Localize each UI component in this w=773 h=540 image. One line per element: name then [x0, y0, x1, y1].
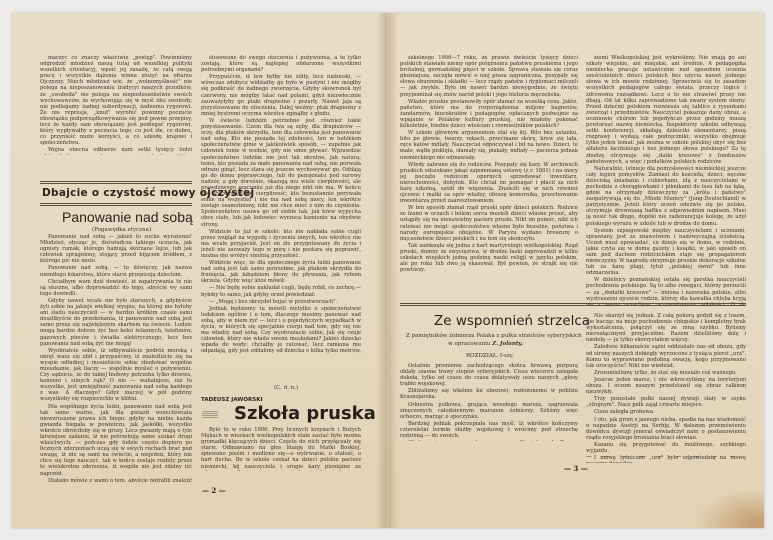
paragraph: Przypuśćcie, iż lew byłby nie żółty, lec…: [201, 74, 361, 117]
paragraph: System szpiegowski między nauczycielami …: [586, 228, 746, 277]
article1-col2: stosowane do swego otoczenia i pożywieni…: [201, 55, 361, 353]
paragraph: Obok mnie maszerował w szeregu Stanisław…: [400, 440, 578, 441]
paper-stain: [694, 488, 764, 528]
right-col1-top: szkolnego 1906—7 roku, że prawie dwieści…: [400, 55, 578, 273]
paragraph: stosowane do swego otoczenia i pożywieni…: [201, 55, 361, 73]
paragraph: Dla wspólnego życia ludzi, panowanie nad…: [40, 404, 192, 477]
article-title-panowanie: Panowanie nad sobą: [62, 209, 193, 225]
stamp-mark: [202, 411, 218, 419]
article1-col1: Panowanie nad sobą — jakież to suche wyr…: [40, 234, 192, 482]
article-subtitle: Z pamiętników żołnierza Polaka z pułku s…: [406, 333, 582, 339]
paragraph: Nie skarżył się jednak. Z całą pokorą go…: [586, 313, 746, 343]
article-title-ze-wspomnien: Ze wspomnień strzelca: [434, 313, 590, 329]
paragraph: W dzielnicy poznańskiej ostała się garst…: [586, 277, 746, 305]
article3-col1: Ostatnie promienie zachodzącego słońca k…: [400, 363, 578, 441]
right-col2-top: ziemi Wielkopolskiej jest wykreślony. Ni…: [586, 55, 746, 305]
article3-col2: Nie skarżył się jednak. Z całą pokorą go…: [586, 313, 746, 463]
section-rule: [40, 203, 192, 206]
paragraph: Panowanie nad sobą — jakież to suche wyr…: [40, 234, 192, 264]
paragraph: W świecie ludzkim potrzebne jest również…: [201, 118, 361, 228]
paragraph: Jeszcze jeden marsz, i oto wkroczyliśmy …: [586, 377, 746, 395]
paragraph: Wojna obecna odbierze nam setki tysięcy …: [40, 147, 192, 155]
paragraph: Panowanie nad sobą, — to dźwięczy, jak n…: [40, 265, 192, 277]
paragraph: — Nie będę sobie nakładał cugli, będę ro…: [201, 285, 361, 297]
article-subtitle-credit: w opracowaniu Z. Jolanty.: [448, 341, 523, 347]
paragraph: Bardziej jednak pokrzepiała nas myśl, iż…: [400, 421, 578, 439]
paragraph: Tak zamknęła się jedna z kart martyrolog…: [400, 243, 578, 273]
paragraph: Dlatego mówię z wami o tem, abyście potr…: [40, 478, 192, 482]
section-rule: [400, 303, 746, 306]
paragraph: W ten sposób złamał rząd pruski opór dzi…: [400, 205, 578, 242]
paragraph: Trzy pozostałe pułki naszej dywizji stał…: [586, 396, 746, 408]
paragraph: Wtedy zabrano się do rodziców. Posypały …: [400, 162, 578, 205]
paragraph: szkolnego 1906—7 roku, że prawie dwieści…: [400, 55, 578, 98]
paragraph: ziemi Wielkopolskiej jest wykreślony. Ni…: [586, 55, 746, 165]
end-dashes: — — — — — — — — —: [586, 453, 740, 460]
page-number-left: — 2 —: [202, 486, 226, 495]
continued-note: (C. d. n.): [274, 385, 298, 391]
paragraph: maczyć co znaczy właściwie „postęp". Pow…: [40, 55, 192, 146]
paragraph: Gdyby nawet wcale nie było starszych, a …: [40, 298, 192, 347]
paragraph: Orkiestra pułkowa, grająca wesołego mars…: [400, 402, 578, 420]
left-page: maczyć co znaczy właściwie „postęp". Pow…: [12, 13, 387, 528]
paragraph: Chciałbym wam dziś dowieść, iż zapatrywa…: [40, 279, 192, 297]
paragraph: Naturalnie, istnieje dla pomysłowości ni…: [586, 166, 746, 227]
paragraph: Zbliżaliśmy się właśnie ku obozowi, rozł…: [400, 388, 578, 400]
paragraph: — „Mogę i bez skrzydeł bujać w przestwor…: [201, 299, 361, 305]
article-subtitle: (Pogawędka etyczna).: [92, 227, 153, 233]
paragraph: Cisza zaległa grobowa.: [586, 409, 746, 415]
paragraph: Władze pruskie postanowiły opór złamać z…: [400, 99, 578, 129]
newspaper-spread: maczyć co znaczy właściwie „postęp". Pow…: [12, 13, 764, 528]
paragraph: W szkole głównym argumentem stał się kij…: [400, 130, 578, 160]
paragraph: Wyobraźcie sobie, iż odbywaliście podróż…: [40, 348, 192, 403]
credit-prefix: w opracowaniu: [448, 341, 490, 347]
paragraph: Widzicie to już w szkole: kto nie nakład…: [201, 229, 361, 259]
left-col1-top: maczyć co znaczy właściwie „postęp". Pow…: [40, 55, 192, 155]
paragraph: Zaledwie kilkanaście sążni oddzielało na…: [586, 344, 746, 368]
paragraph: Ostatnie promienie zachodzącego słońca k…: [400, 363, 578, 387]
chapter-heading: ROZDZIAŁ. I-szy.: [466, 353, 514, 359]
paragraph: Zrozumieliśmy tylko, że stać się musiało…: [586, 370, 746, 376]
paragraph: Jednak będziemy tu mówili nietylko o spo…: [201, 306, 361, 353]
article-title-szkola-pruska: Szkoła pruska: [234, 403, 376, 424]
paragraph: Widzicie więc, że dla społecznego życia …: [201, 260, 361, 284]
section-rule: [40, 181, 192, 184]
paragraph: I oto, jak grom z jasnego nieba, spadła …: [586, 417, 746, 441]
credit-name: Z. Jolanty.: [492, 341, 523, 347]
right-page: szkolnego 1906—7 roku, że prawie dwieści…: [388, 13, 764, 528]
paragraph: Było to w roku 1906. Przy licznych krzyż…: [201, 427, 361, 471]
article2-text: Było to w roku 1906. Przy licznych krzyż…: [201, 427, 361, 471]
page-number-right: — 3 —: [564, 464, 588, 473]
